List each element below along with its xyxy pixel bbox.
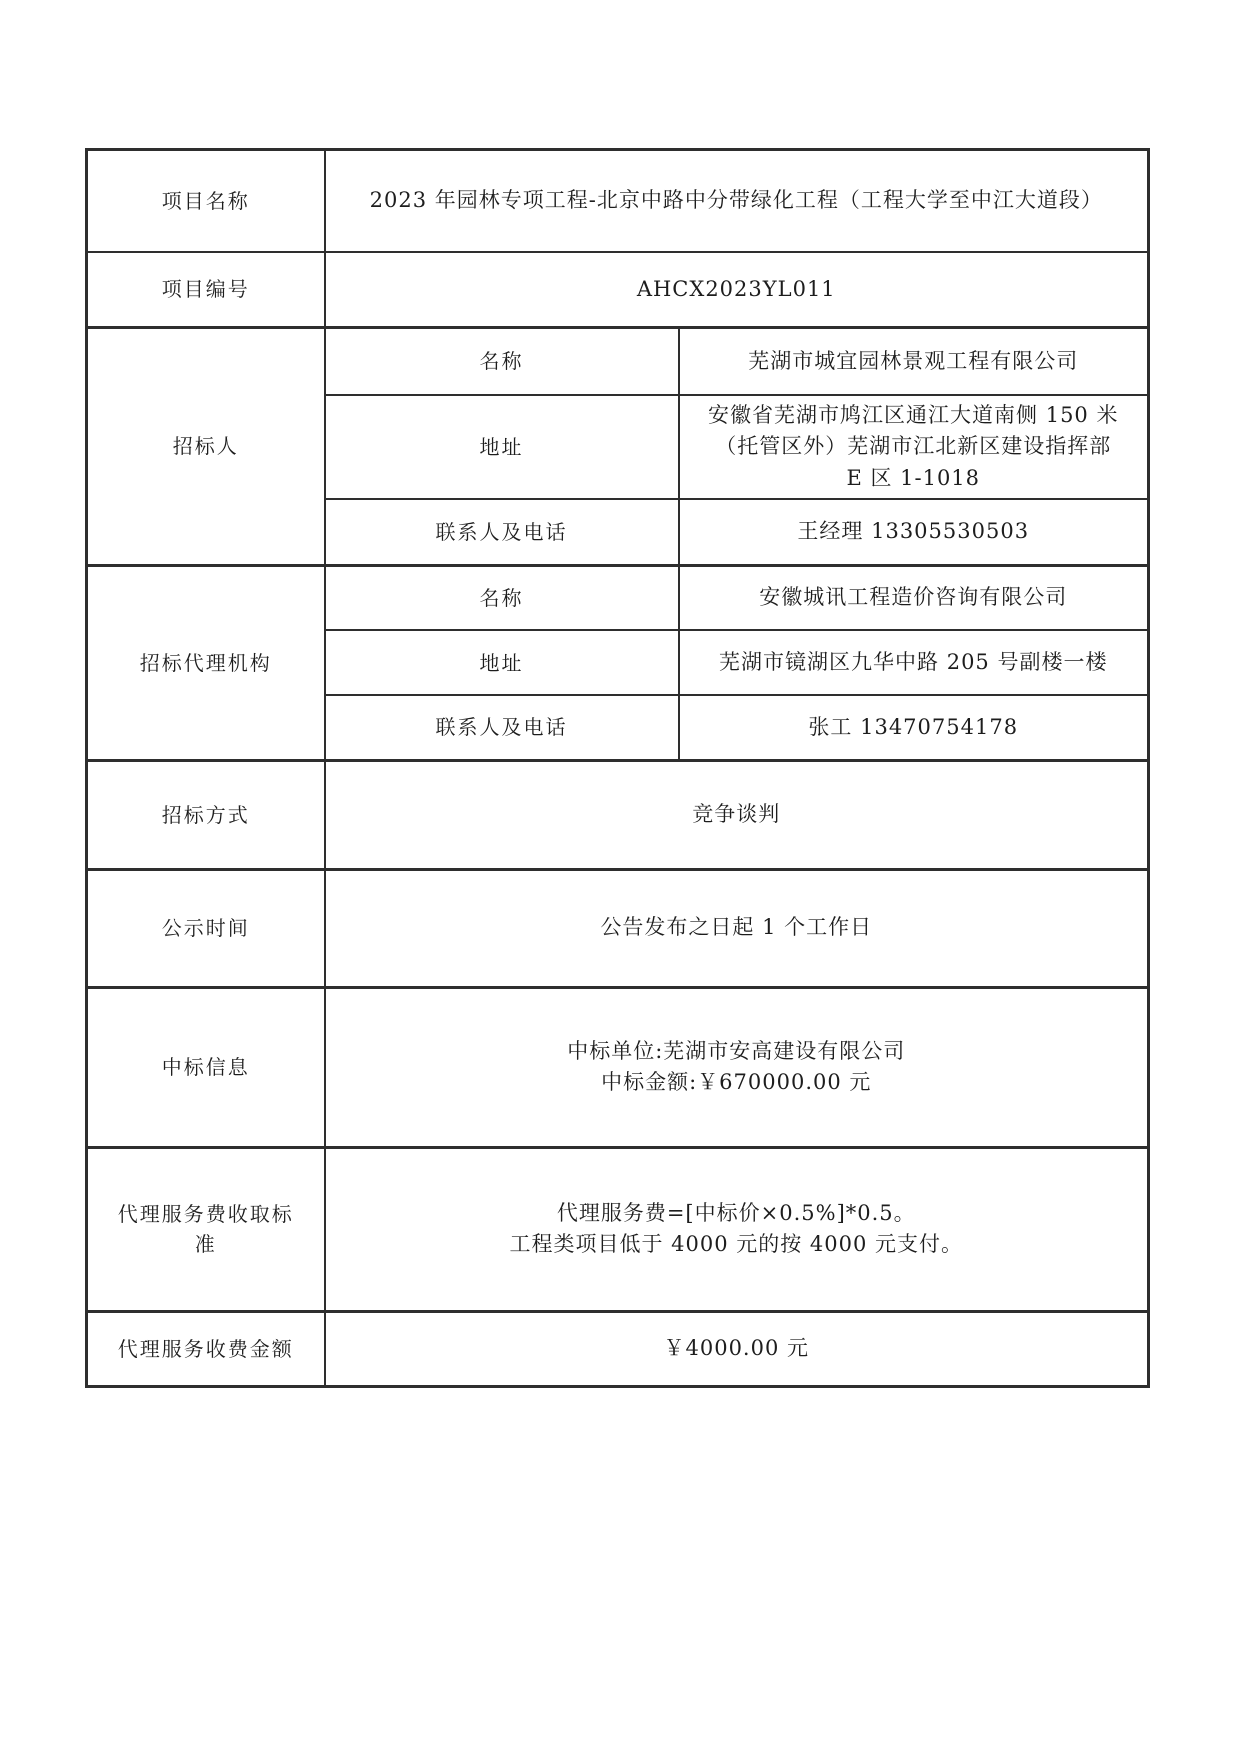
- tender-result-table: 项目名称 2023 年园林专项工程-北京中路中分带绿化工程（工程大学至中江大道段…: [85, 148, 1150, 1388]
- agency-name-value: 安徽城讯工程造价咨询有限公司: [679, 565, 1149, 630]
- row-tenderer-name: 招标人 名称 芜湖市城宜园林景观工程有限公司: [87, 328, 1149, 395]
- row-agency-name: 招标代理机构 名称 安徽城讯工程造价咨询有限公司: [87, 565, 1149, 630]
- tender-method-label: 招标方式: [87, 760, 325, 869]
- agency-name-label: 名称: [325, 565, 679, 630]
- agency-address-label: 地址: [325, 630, 679, 695]
- document-page: 项目名称 2023 年园林专项工程-北京中路中分带绿化工程（工程大学至中江大道段…: [0, 0, 1240, 1754]
- project-code-label: 项目编号: [87, 252, 325, 328]
- row-agency-fee-standard: 代理服务费收取标 准 代理服务费=[中标价×0.5%]*0.5。 工程类项目低于…: [87, 1147, 1149, 1311]
- project-name-value: 2023 年园林专项工程-北京中路中分带绿化工程（工程大学至中江大道段）: [325, 150, 1149, 252]
- award-info-label: 中标信息: [87, 987, 325, 1147]
- tenderer-address-label: 地址: [325, 395, 679, 500]
- row-project-name: 项目名称 2023 年园林专项工程-北京中路中分带绿化工程（工程大学至中江大道段…: [87, 150, 1149, 252]
- agency-fee-amount-value: ￥4000.00 元: [325, 1311, 1149, 1386]
- row-agency-fee-amount: 代理服务收费金额 ￥4000.00 元: [87, 1311, 1149, 1386]
- row-project-code: 项目编号 AHCX2023YL011: [87, 252, 1149, 328]
- agency-fee-standard-label: 代理服务费收取标 准: [87, 1147, 325, 1311]
- publicity-period-value: 公告发布之日起 1 个工作日: [325, 869, 1149, 987]
- agency-contact-label: 联系人及电话: [325, 695, 679, 760]
- agency-fee-amount-label: 代理服务收费金额: [87, 1311, 325, 1386]
- tenderer-group-label: 招标人: [87, 328, 325, 566]
- tenderer-contact-value: 王经理 13305530503: [679, 499, 1149, 565]
- agency-contact-value: 张工 13470754178: [679, 695, 1149, 760]
- row-award-info: 中标信息 中标单位:芜湖市安高建设有限公司 中标金额:￥670000.00 元: [87, 987, 1149, 1147]
- agency-group-label: 招标代理机构: [87, 565, 325, 760]
- award-info-value: 中标单位:芜湖市安高建设有限公司 中标金额:￥670000.00 元: [325, 987, 1149, 1147]
- tenderer-contact-label: 联系人及电话: [325, 499, 679, 565]
- publicity-period-label: 公示时间: [87, 869, 325, 987]
- agency-address-value: 芜湖市镜湖区九华中路 205 号副楼一楼: [679, 630, 1149, 695]
- tenderer-name-label: 名称: [325, 328, 679, 395]
- tender-method-value: 竞争谈判: [325, 760, 1149, 869]
- row-tender-method: 招标方式 竞争谈判: [87, 760, 1149, 869]
- row-publicity-period: 公示时间 公告发布之日起 1 个工作日: [87, 869, 1149, 987]
- tenderer-name-value: 芜湖市城宜园林景观工程有限公司: [679, 328, 1149, 395]
- agency-fee-standard-value: 代理服务费=[中标价×0.5%]*0.5。 工程类项目低于 4000 元的按 4…: [325, 1147, 1149, 1311]
- project-code-value: AHCX2023YL011: [325, 252, 1149, 328]
- project-name-label: 项目名称: [87, 150, 325, 252]
- tenderer-address-value: 安徽省芜湖市鸠江区通江大道南侧 150 米 （托管区外）芜湖市江北新区建设指挥部…: [679, 395, 1149, 500]
